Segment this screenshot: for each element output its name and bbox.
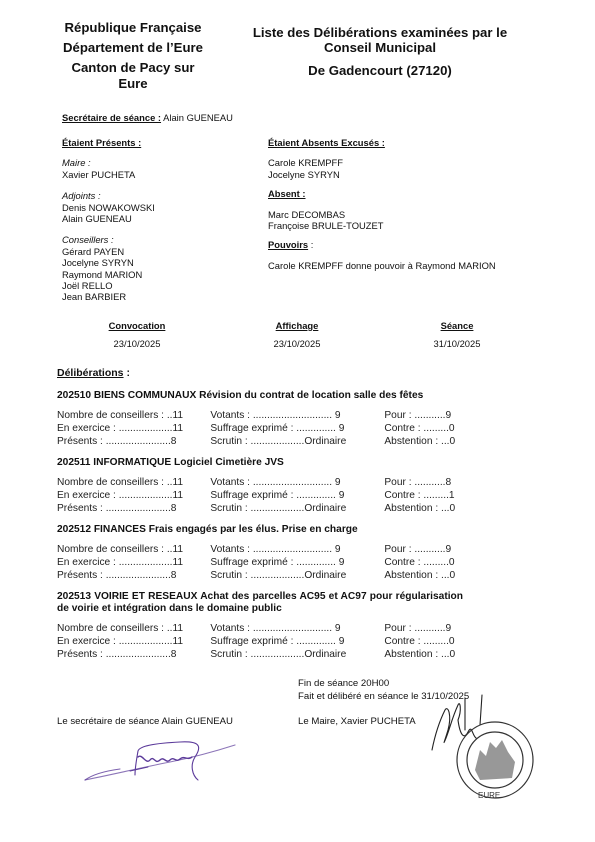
document-title-2: Conseil Municipal <box>236 40 524 55</box>
vote-row: En exercice : ...................11Suffr… <box>57 556 463 569</box>
absent-list: Marc DECOMBAS Françoise BRULE-TOUZET <box>268 209 568 232</box>
vote-cell: Suffrage exprimé : .............. 9 <box>210 489 384 502</box>
person: Carole KREMPFF <box>268 157 568 168</box>
vote-cell: Suffrage exprimé : .............. 9 <box>210 635 384 648</box>
vote-cell: Abstention : ...0 <box>384 502 463 515</box>
secretaire-signature-icon <box>80 735 240 785</box>
vote-cell: Scrutin : ...................Ordinaire <box>210 435 384 448</box>
deliberation-title: 202512 FINANCES Frais engagés par les él… <box>57 524 463 536</box>
vote-cell: Pour : ...........8 <box>384 476 463 489</box>
group-conseillers: Conseillers : Gérard PAYEN Jocelyne SYRY… <box>62 234 262 302</box>
deliberations-title: Délibérations : <box>57 367 130 379</box>
person: Jean BARBIER <box>62 291 262 302</box>
person: Xavier PUCHETA <box>62 169 262 180</box>
vote-row: Présents : .......................8Scrut… <box>57 648 463 661</box>
vote-row: Présents : .......................8Scrut… <box>57 502 463 515</box>
vote-cell: Présents : .......................8 <box>57 648 210 661</box>
pouvoirs-text: Carole KREMPFF donne pouvoir à Raymond M… <box>268 260 568 271</box>
deliberation-202513: 202513 VOIRIE ET RESEAUX Achat des parce… <box>57 591 463 662</box>
person: Françoise BRULE-TOUZET <box>268 220 568 231</box>
document-title: Liste des Délibérations examinées par le <box>236 25 524 40</box>
vote-cell: Suffrage exprimé : .............. 9 <box>210 422 384 435</box>
vote-cell: Votants : ............................ 9 <box>210 543 384 556</box>
stamp-eure-text: EURE <box>478 791 500 800</box>
person: Jocelyne SYRYN <box>268 169 568 180</box>
header-departement: Département de l’Eure <box>48 40 218 56</box>
vote-cell: En exercice : ...................11 <box>57 489 210 502</box>
vote-cell: Contre : .........1 <box>384 489 463 502</box>
vote-row: Nombre de conseillers : ..11Votants : ..… <box>57 543 463 556</box>
vote-cell: Abstention : ...0 <box>384 435 463 448</box>
vote-cell: En exercice : ...................11 <box>57 635 210 648</box>
vote-row: Nombre de conseillers : ..11Votants : ..… <box>57 622 463 635</box>
vote-cell: Nombre de conseillers : ..11 <box>57 622 210 635</box>
vote-cell: Présents : .......................8 <box>57 569 210 582</box>
secretaire-signature-label: Le secrétaire de séance Alain GUENEAU <box>57 716 233 728</box>
group-adjoints: Adjoints : Denis NOWAKOWSKI Alain GUENEA… <box>62 190 262 224</box>
vote-cell: Nombre de conseillers : ..11 <box>57 476 210 489</box>
deliberation-title: 202513 VOIRIE ET RESEAUX Achat des parce… <box>57 591 463 615</box>
secretaire-name: Alain GUENEAU <box>161 112 233 123</box>
vote-cell: En exercice : ...................11 <box>57 556 210 569</box>
vote-cell: Votants : ............................ 9 <box>210 622 384 635</box>
vote-row: Présents : .......................8Scrut… <box>57 569 463 582</box>
vote-row: En exercice : ...................11Suffr… <box>57 489 463 502</box>
vote-row: Nombre de conseillers : ..11Votants : ..… <box>57 476 463 489</box>
header-republique: République Française <box>48 20 218 36</box>
vote-cell: En exercice : ...................11 <box>57 422 210 435</box>
commune-name: De Gadencourt (27120) <box>236 63 524 78</box>
presents-section: Étaient Présents : Maire : Xavier PUCHET… <box>62 137 262 303</box>
vote-cell: Suffrage exprimé : .............. 9 <box>210 556 384 569</box>
vote-cell: Contre : .........0 <box>384 422 463 435</box>
vote-grid: Nombre de conseillers : ..11Votants : ..… <box>57 409 463 449</box>
absents-excuses-list: Carole KREMPFF Jocelyne SYRYN <box>268 157 568 180</box>
deliberation-title: 202510 BIENS COMMUNAUX Révision du contr… <box>57 390 463 402</box>
person: Marc DECOMBAS <box>268 209 568 220</box>
vote-cell: Pour : ...........9 <box>384 409 463 422</box>
absent-title: Absent : <box>268 188 568 199</box>
person: Denis NOWAKOWSKI <box>62 202 262 213</box>
fin-de-seance: Fin de séance 20H00 <box>298 678 389 690</box>
maire-signature-stamp-icon: EURE <box>420 690 540 805</box>
date-seance: Séance 31/10/2025 <box>402 320 512 349</box>
group-maire: Maire : Xavier PUCHETA <box>62 157 262 180</box>
deliberation-title: 202511 INFORMATIQUE Logiciel Cimetière J… <box>57 457 463 469</box>
vote-row: Nombre de conseillers : ..11Votants : ..… <box>57 409 463 422</box>
deliberation-202512: 202512 FINANCES Frais engagés par les él… <box>57 524 463 583</box>
vote-cell: Scrutin : ...................Ordinaire <box>210 502 384 515</box>
secretaire-label: Secrétaire de séance : <box>62 112 161 123</box>
vote-grid: Nombre de conseillers : ..11Votants : ..… <box>57 622 463 662</box>
presents-title: Étaient Présents : <box>62 137 262 148</box>
vote-grid: Nombre de conseillers : ..11Votants : ..… <box>57 476 463 516</box>
vote-cell: Abstention : ...0 <box>384 569 463 582</box>
absents-section: Étaient Absents Excusés : Carole KREMPFF… <box>268 137 568 271</box>
deliberation-202510: 202510 BIENS COMMUNAUX Révision du contr… <box>57 390 463 449</box>
vote-cell: Votants : ............................ 9 <box>210 476 384 489</box>
person: Alain GUENEAU <box>62 213 262 224</box>
vote-cell: Présents : .......................8 <box>57 435 210 448</box>
secretaire-line: Secrétaire de séance : Alain GUENEAU <box>62 112 233 123</box>
vote-row: En exercice : ...................11Suffr… <box>57 422 463 435</box>
vote-cell: Abstention : ...0 <box>384 648 463 661</box>
vote-cell: Pour : ...........9 <box>384 622 463 635</box>
date-convocation: Convocation 23/10/2025 <box>82 320 192 349</box>
date-affichage: Affichage 23/10/2025 <box>242 320 352 349</box>
vote-cell: Pour : ...........9 <box>384 543 463 556</box>
vote-cell: Nombre de conseillers : ..11 <box>57 409 210 422</box>
vote-grid: Nombre de conseillers : ..11Votants : ..… <box>57 543 463 583</box>
vote-row: Présents : .......................8Scrut… <box>57 435 463 448</box>
deliberation-202511: 202511 INFORMATIQUE Logiciel Cimetière J… <box>57 457 463 516</box>
vote-cell: Nombre de conseillers : ..11 <box>57 543 210 556</box>
person: Gérard PAYEN <box>62 246 262 257</box>
person: Raymond MARION <box>62 269 262 280</box>
absents-excuses-title: Étaient Absents Excusés : <box>268 137 568 148</box>
pouvoirs-heading: Pouvoirs : <box>268 239 568 250</box>
header-canton: Canton de Pacy surEure <box>48 60 218 92</box>
vote-cell: Scrutin : ...................Ordinaire <box>210 569 384 582</box>
vote-cell: Scrutin : ...................Ordinaire <box>210 648 384 661</box>
vote-cell: Votants : ............................ 9 <box>210 409 384 422</box>
header-right: Liste des Délibérations examinées par le… <box>236 25 524 78</box>
vote-cell: Contre : .........0 <box>384 635 463 648</box>
maire-signature-label: Le Maire, Xavier PUCHETA <box>298 716 416 728</box>
vote-row: En exercice : ...................11Suffr… <box>57 635 463 648</box>
person: Jocelyne SYRYN <box>62 257 262 268</box>
header-left: République Française Département de l’Eu… <box>48 20 218 92</box>
person: Joël RELLO <box>62 280 262 291</box>
vote-cell: Présents : .......................8 <box>57 502 210 515</box>
vote-cell: Contre : .........0 <box>384 556 463 569</box>
